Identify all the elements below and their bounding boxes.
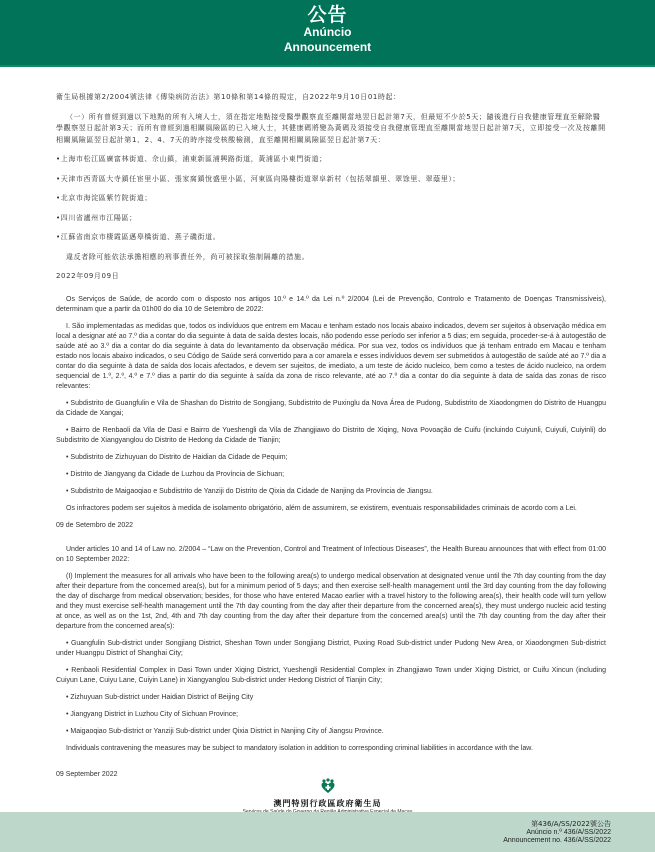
chinese-intro: 衛生局根據第2/2004號法律《傳染病防治法》第10條和第14條的規定，自202… <box>56 92 606 104</box>
portuguese-area-item: • Subdistrito de Maigaoqiao e Subdistrit… <box>56 487 606 497</box>
english-clause-1: (I) Implement the measures for all arriv… <box>56 572 606 632</box>
english-area-item: • Renbaoli Residential Complex in Dasi T… <box>56 666 606 686</box>
english-area-item: • Guangfulin Sub-district under Songjian… <box>56 639 606 659</box>
title-english: Announcement <box>0 39 655 55</box>
announcement-header: 公告 Anúncio Announcement <box>0 0 655 65</box>
footer-band: 第436/A/SS/2022號公告 Anúncio n.º 436/A/SS/2… <box>0 812 655 852</box>
announcement-reference: 第436/A/SS/2022號公告 Anúncio n.º 436/A/SS/2… <box>503 819 611 845</box>
portuguese-area-item: • Subdistrito de Guangfulin e Vila de Sh… <box>56 399 606 419</box>
chinese-date: 2022年09月09日 <box>56 271 606 283</box>
portuguese-section: Os Serviços de Saúde, de acordo com o di… <box>56 295 606 531</box>
portuguese-clause-1: I. São implementadas as medidas que, tod… <box>56 322 606 392</box>
english-area-item: • Jiangyang District in Luzhou City of S… <box>56 710 606 720</box>
title-portuguese: Anúncio <box>0 25 655 39</box>
chinese-area-item: •四川省瀘州市江陽區； <box>56 213 606 225</box>
health-bureau-logo-icon <box>320 778 336 794</box>
english-intro: Under articles 10 and 14 of Law no. 2/20… <box>56 545 606 565</box>
english-section: Under articles 10 and 14 of Law no. 2/20… <box>56 545 606 780</box>
header-divider <box>0 65 655 67</box>
issuer-block: 澳門特別行政區政府衛生局 Serviços de Saúde do Govern… <box>0 778 655 815</box>
reference-english: Announcement no. 436/A/SS/2022 <box>503 837 611 845</box>
title-chinese: 公告 <box>0 0 655 25</box>
announcement-body: 衛生局根據第2/2004號法律《傳染病防治法》第10條和第14條的規定，自202… <box>56 92 606 787</box>
chinese-area-item: •北京市海淀區紫竹院街道； <box>56 193 606 205</box>
portuguese-date: 09 de Setembro de 2022 <box>56 521 606 531</box>
reference-portuguese: Anúncio n.º 436/A/SS/2022 <box>503 829 611 837</box>
chinese-area-item: •天津市西青區大寺鎮任宦里小區、張家窩鎮悅盛里小區，河東區向陽樓街道翠阜新村（包… <box>56 174 606 186</box>
issuer-name-chinese: 澳門特別行政區政府衛生局 <box>0 799 655 809</box>
reference-chinese: 第436/A/SS/2022號公告 <box>503 819 611 829</box>
chinese-area-item: •上海市松江區廣富林街道、佘山鎮，浦東新區浦興路街道，黃浦區小東門街道； <box>56 154 606 166</box>
chinese-clause-1: （一）所有曾經到過以下地點的所有入境人士，須在指定地點接受醫學觀察直至離開當地翌… <box>56 112 606 147</box>
chinese-penalty: 違反者除可能依法承擔相應的刑事責任外，尚可被採取強制隔離的措施。 <box>56 252 606 264</box>
portuguese-penalty: Os infractores podem ser sujeitos à medi… <box>56 504 606 514</box>
portuguese-area-item: • Subdistrito de Zizhuyuan do Distrito d… <box>56 453 606 463</box>
english-penalty: Individuals contravening the measures ma… <box>56 744 606 754</box>
english-area-item: • Maigaoqiao Sub-district or Yanziji Sub… <box>56 727 606 737</box>
portuguese-area-item: • Bairro de Renbaoli da Vila de Dasi e B… <box>56 426 606 446</box>
chinese-area-item: •江蘇省南京市棲霞區邁皋橋街道、燕子磯街道。 <box>56 232 606 244</box>
portuguese-intro: Os Serviços de Saúde, de acordo com o di… <box>56 295 606 315</box>
chinese-section: 衛生局根據第2/2004號法律《傳染病防治法》第10條和第14條的規定，自202… <box>56 92 606 283</box>
english-area-item: • Zizhuyuan Sub-district under Haidian D… <box>56 693 606 703</box>
portuguese-area-item: • Distrito de Jiangyang da Cidade de Luz… <box>56 470 606 480</box>
